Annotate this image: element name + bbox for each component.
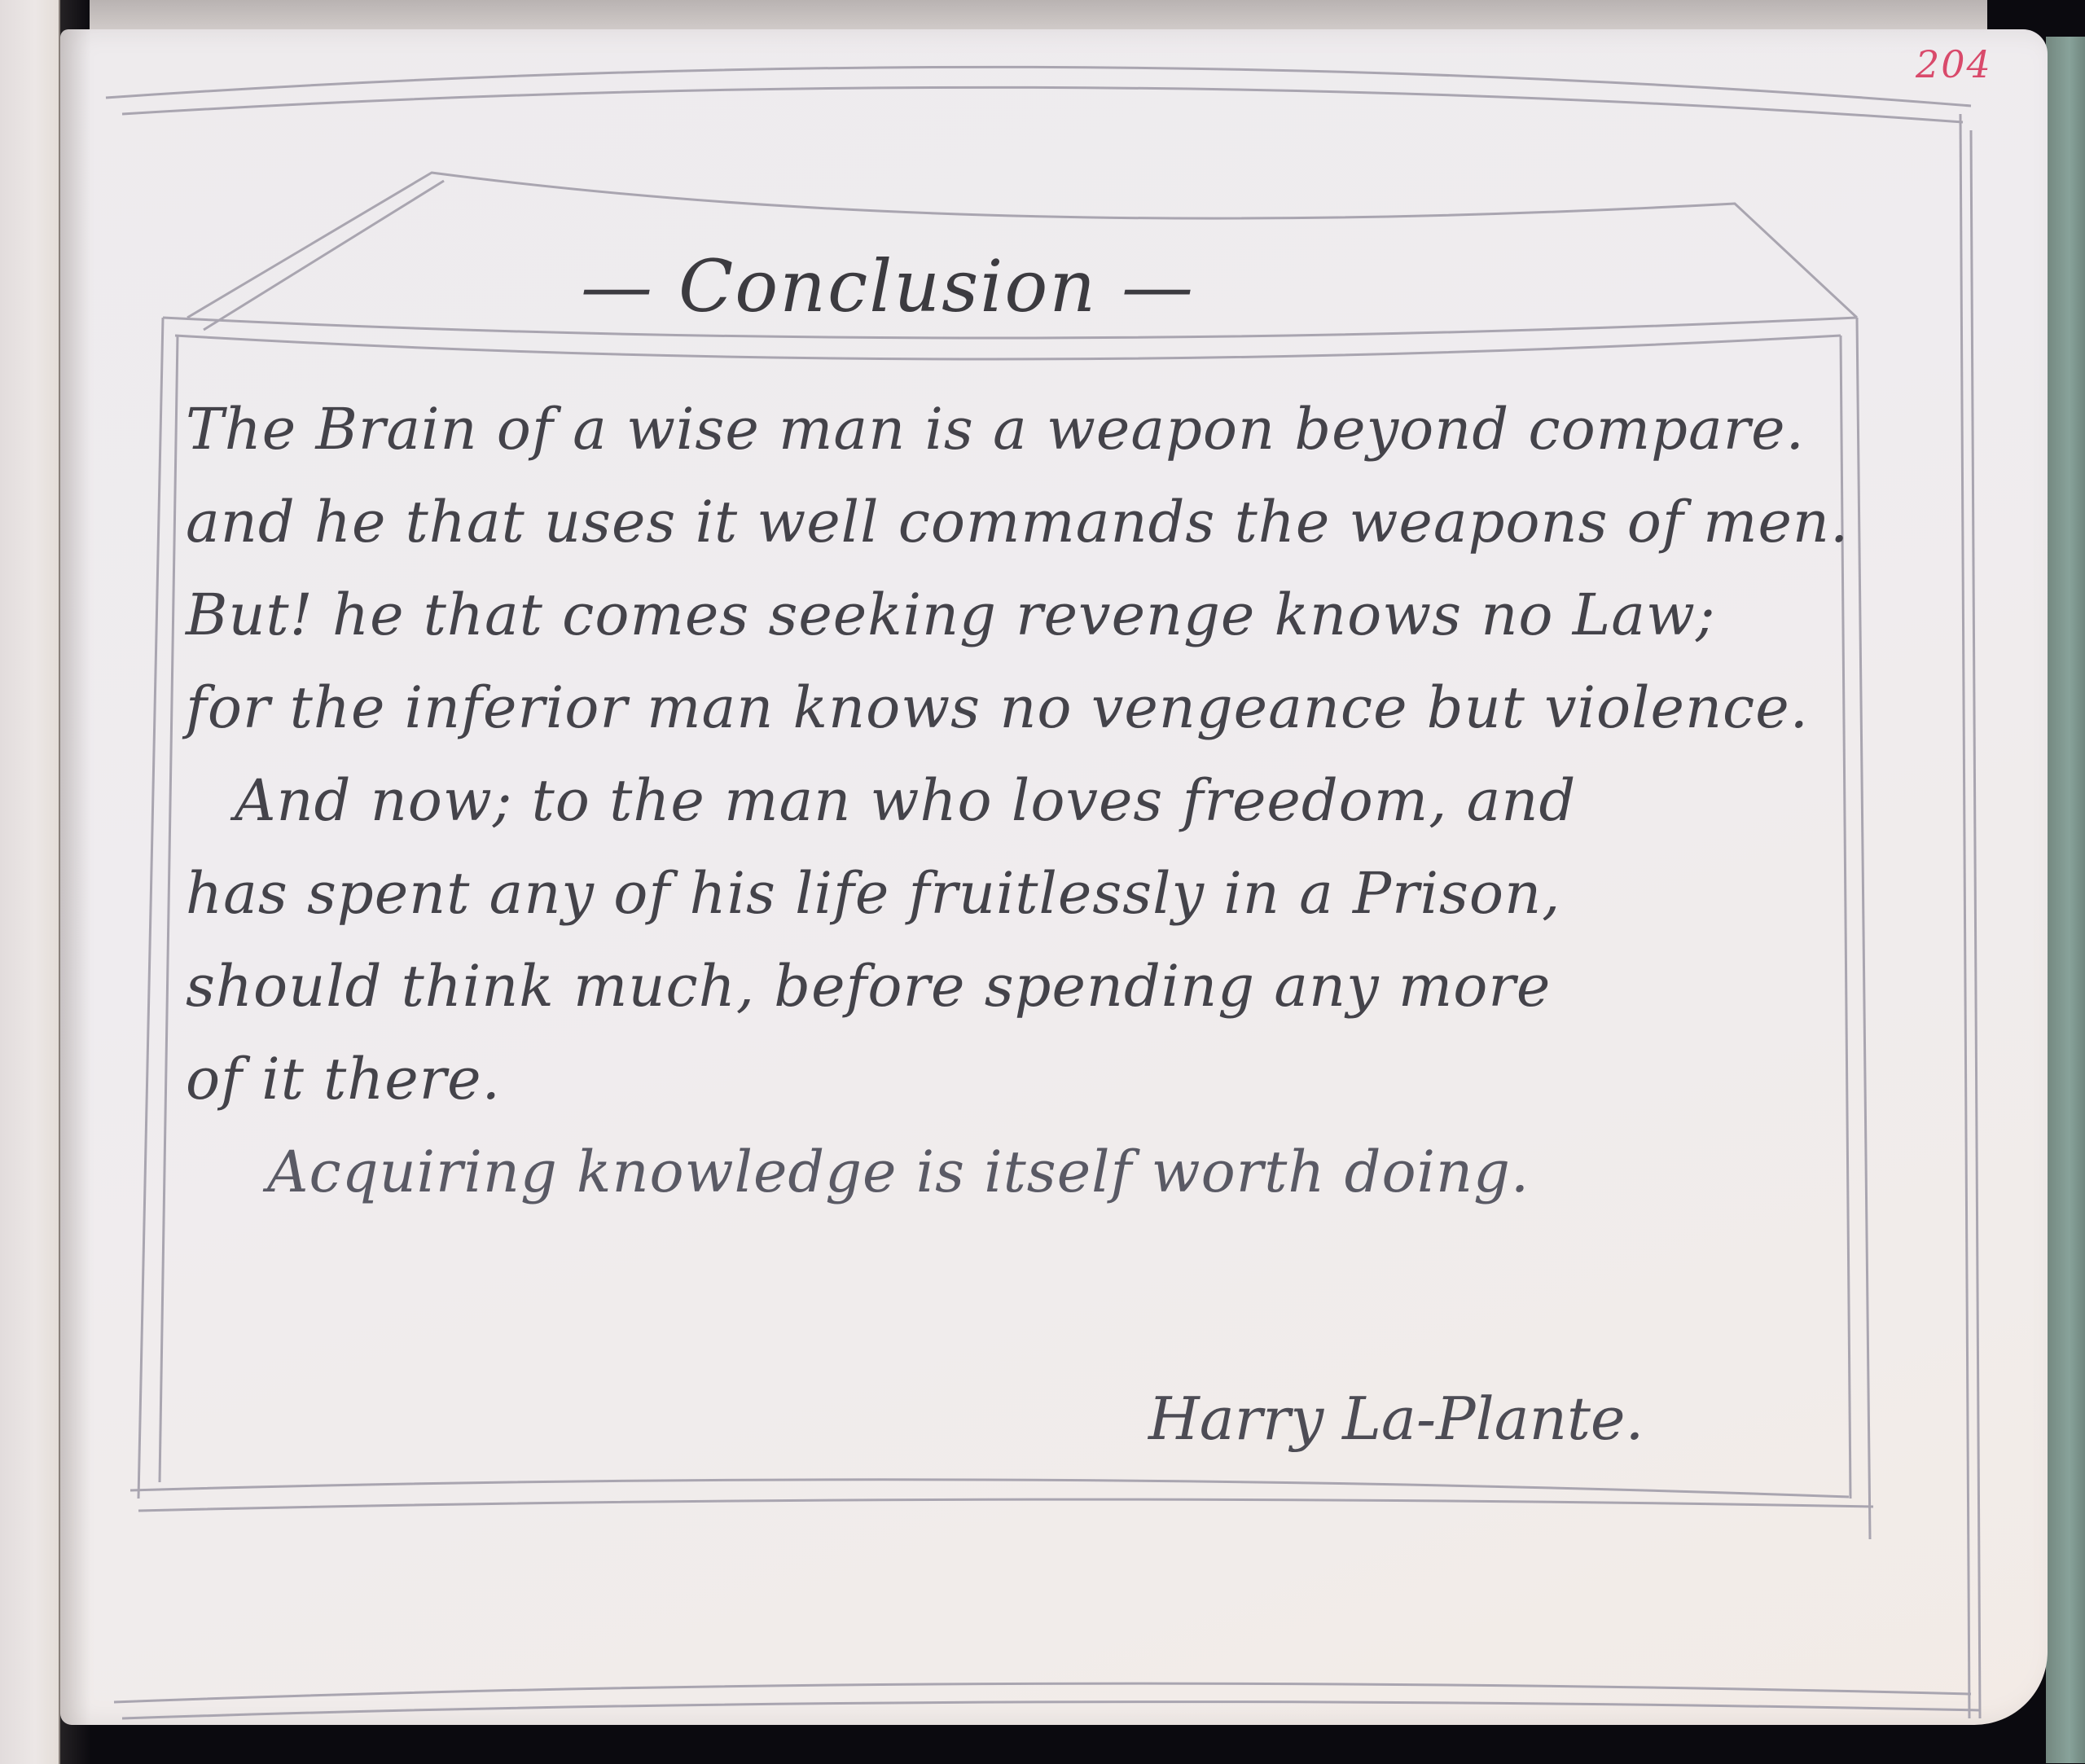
text-line: of it there. <box>186 1033 1815 1126</box>
text-line: has spent any of his life fruitlessly in… <box>186 847 1815 940</box>
text-line: should think much, before spending any m… <box>186 940 1815 1033</box>
text-line: And now; to the man who loves freedom, a… <box>186 754 1815 847</box>
handwritten-body: The Brain of a wise man is a weapon beyo… <box>186 383 1815 1218</box>
text-line: for the inferior man knows no vengeance … <box>186 661 1815 754</box>
scanned-ledger-page: 204 — Conclusion — The Brain of a wise m… <box>0 0 2085 1764</box>
text-line: The Brain of a wise man is a weapon beyo… <box>186 383 1815 476</box>
text-line: and he that uses it well commands the we… <box>186 476 1815 568</box>
page-number: 204 <box>1916 42 1992 86</box>
text-line: But! he that comes seeking revenge knows… <box>186 568 1815 661</box>
text-line: Acquiring knowledge is itself worth doin… <box>186 1126 1815 1218</box>
page-title: — Conclusion — <box>538 244 1238 328</box>
author-signature: Harry La-Plante. <box>1148 1384 1644 1453</box>
